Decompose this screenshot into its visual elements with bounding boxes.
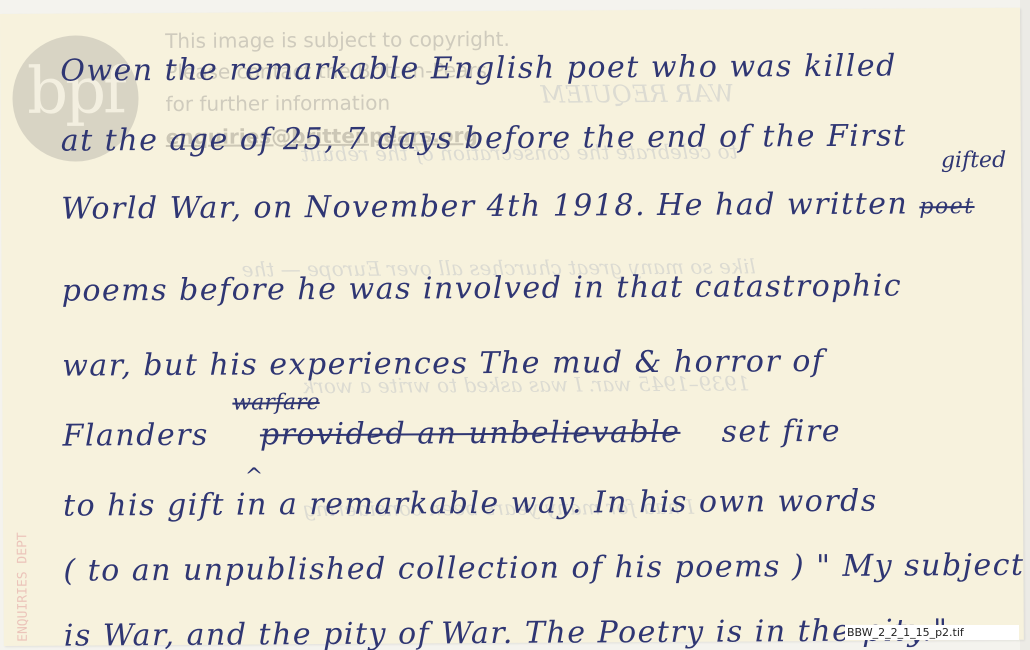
manuscript-card: WAR REQUIEM to celebrate the consecratio… — [0, 8, 1024, 646]
archive-stamp: ENQUIRIES DEPT — [15, 492, 48, 642]
line-3-text: World War, on November 4th 1918. He had … — [61, 186, 908, 226]
line-6-start: Flanders — [62, 418, 209, 454]
manuscript-line-8: ( to an unpublished collection of his po… — [63, 548, 1024, 589]
copyright-notice: This image is subject to copyright. — [165, 27, 510, 53]
filename-label: BBW_2_2_1_15_p2.tif — [845, 625, 1019, 640]
manuscript-line-7: to his gift in a remarkable way. In his … — [63, 484, 878, 524]
manuscript-line-5: war, but his experiences The mud & horro… — [62, 344, 825, 384]
manuscript-line-4: poems before he was involved in that cat… — [62, 268, 903, 308]
info-notice: for further information — [165, 91, 390, 116]
struck-word-warfare: warfare — [232, 390, 319, 416]
manuscript-line-1: Owen the remarkable English poet who was… — [60, 49, 897, 89]
manuscript-line-2: at the age of 25, 7 days before the end … — [61, 118, 907, 158]
insertion-gifted: gifted — [941, 148, 1006, 173]
line-6-end: set fire — [721, 414, 841, 450]
manuscript-line-3: World War, on November 4th 1918. He had … — [61, 186, 975, 227]
caret-insertion: ^ — [245, 464, 264, 489]
manuscript-line-6: Flanders provided an unbelievable set fi… — [62, 414, 841, 454]
manuscript-line-9: is War, and the pity of War. The Poetry … — [64, 613, 949, 650]
struck-phrase: provided an unbelievable — [260, 415, 681, 453]
struck-word-poet: poet — [919, 194, 974, 219]
